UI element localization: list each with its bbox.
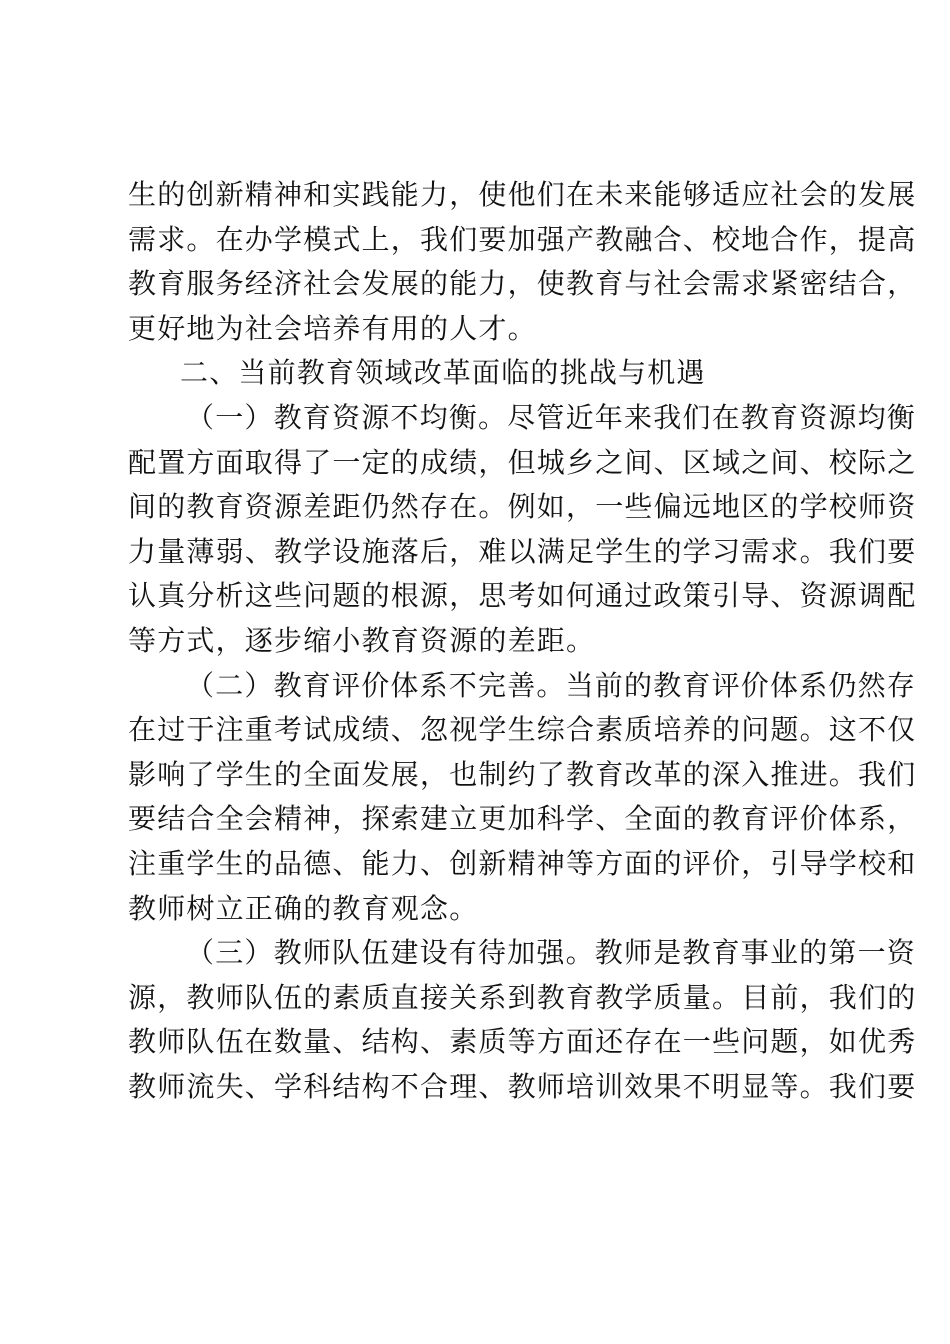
text-line: 生的创新精神和实践能力，使他们在未来能够适应社会的发展 [128,173,820,218]
text-line: 教育服务经济社会发展的能力，使教育与社会需求紧密结合， [128,262,820,307]
text-line: 等方式，逐步缩小教育资源的差距。 [128,619,820,664]
text-line: 要结合全会精神，探索建立更加科学、全面的教育评价体系， [128,797,820,842]
text-line: （一）教育资源不均衡。尽管近年来我们在教育资源均衡 [128,396,820,441]
text-line: 间的教育资源差距仍然存在。例如，一些偏远地区的学校师资 [128,485,820,530]
text-line: 力量薄弱、教学设施落后，难以满足学生的学习需求。我们要 [128,530,820,575]
text-line: 更好地为社会培养有用的人才。 [128,307,820,352]
text-line: 注重学生的品德、能力、创新精神等方面的评价，引导学校和 [128,842,820,887]
paragraph-teacher-workforce: （三）教师队伍建设有待加强。教师是教育事业的第一资 源，教师队伍的素质直接关系到… [128,931,820,1109]
text-line: （二）教育评价体系不完善。当前的教育评价体系仍然存 [128,664,820,709]
section-heading-text: 二、当前教育领域改革面临的挑战与机遇 [128,351,820,396]
text-line: 影响了学生的全面发展，也制约了教育改革的深入推进。我们 [128,753,820,798]
document-page: 生的创新精神和实践能力，使他们在未来能够适应社会的发展 需求。在办学模式上，我们… [0,0,950,1344]
text-line: 源，教师队伍的素质直接关系到教育教学质量。目前，我们的 [128,976,820,1021]
paragraph-evaluation-system: （二）教育评价体系不完善。当前的教育评价体系仍然存 在过于注重考试成绩、忽视学生… [128,664,820,932]
document-body: 生的创新精神和实践能力，使他们在未来能够适应社会的发展 需求。在办学模式上，我们… [128,173,820,1109]
text-line: 在过于注重考试成绩、忽视学生综合素质培养的问题。这不仅 [128,708,820,753]
text-line: 教师流失、学科结构不合理、教师培训效果不明显等。我们要 [128,1065,820,1110]
text-line: 认真分析这些问题的根源，思考如何通过政策引导、资源调配 [128,574,820,619]
text-line: 教师队伍在数量、结构、素质等方面还存在一些问题，如优秀 [128,1020,820,1065]
text-line: 配置方面取得了一定的成绩，但城乡之间、区域之间、校际之 [128,441,820,486]
section-heading: 二、当前教育领域改革面临的挑战与机遇 [128,351,820,396]
text-line: （三）教师队伍建设有待加强。教师是教育事业的第一资 [128,931,820,976]
paragraph-resource-imbalance: （一）教育资源不均衡。尽管近年来我们在教育资源均衡 配置方面取得了一定的成绩，但… [128,396,820,664]
paragraph-continuation: 生的创新精神和实践能力，使他们在未来能够适应社会的发展 需求。在办学模式上，我们… [128,173,820,351]
text-line: 教师树立正确的教育观念。 [128,887,820,932]
text-line: 需求。在办学模式上，我们要加强产教融合、校地合作，提高 [128,218,820,263]
